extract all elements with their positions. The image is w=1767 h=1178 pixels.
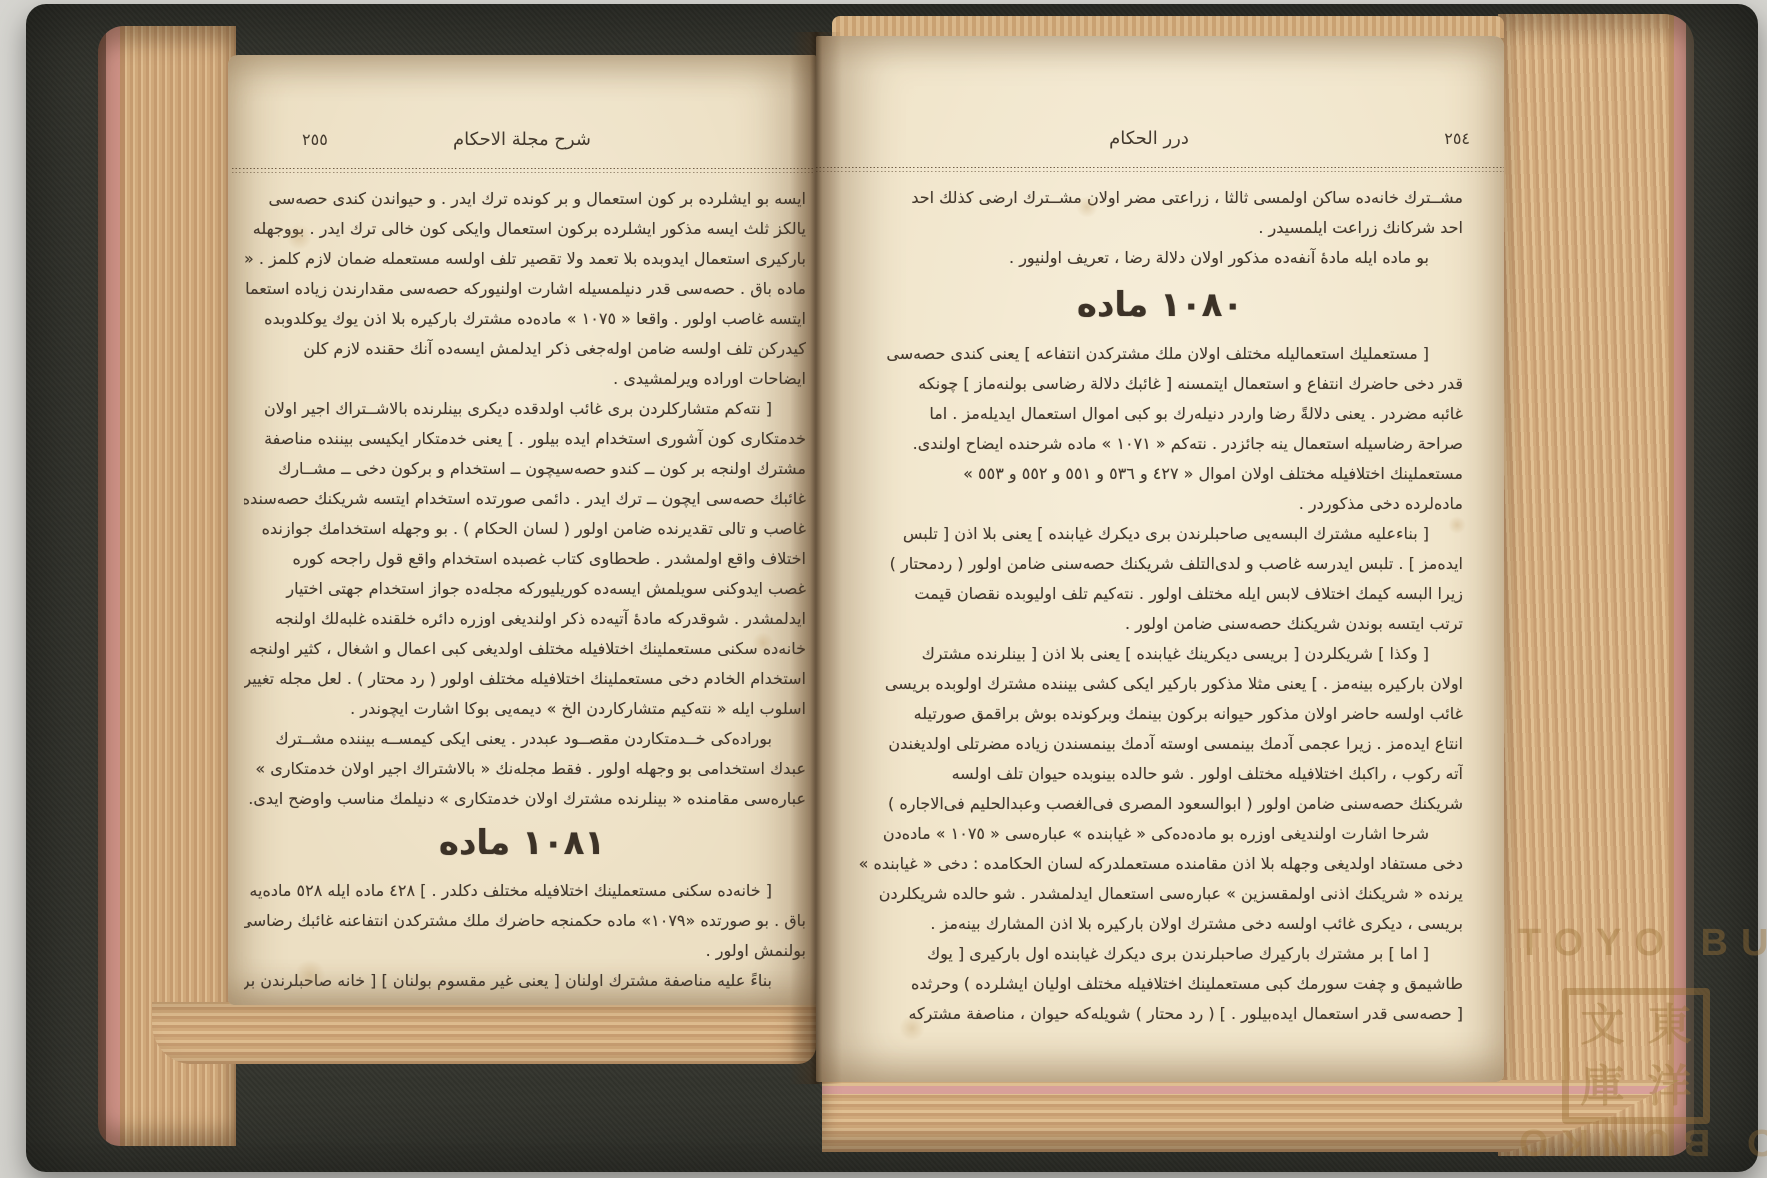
- text-line: مشترك اولنجه بر كون ــ كندو حصه‌سيچون ــ…: [244, 454, 806, 484]
- text-line: [ بناءعليه مشترك البسه‌يى صاحبلرندن برى …: [833, 519, 1463, 549]
- text-line: غصب ايدوكنى سويلمش ايسه‌ده كوريليوركه مج…: [244, 574, 806, 604]
- text-line: شريكنك حصه‌سنى ضامن اولور ( ابوالسعود ال…: [833, 789, 1463, 819]
- text-line: باركيرى استعمال ايدوبده بلا تعمد ولا تقص…: [244, 244, 806, 274]
- left-page: ٢٥٥ شرح مجلة الاحكام ايسه بو ايشلرده بر …: [228, 55, 816, 1005]
- page-edge-stack-right: [1498, 14, 1694, 1156]
- text-line: استخدام الخادم دخى مستعملينك اختلافيله م…: [244, 664, 806, 694]
- right-page-header: ٢٥٤ درر الحكام: [834, 128, 1464, 154]
- text-line: آته ركوب ، راكبك اختلافيله مختلف اولور .…: [833, 759, 1463, 789]
- text-line: مشــترك خانه‌ده ساكن اولمسى ثالثا ، زراع…: [833, 183, 1463, 213]
- text-line: ايدلمشدر . شوقدركه مادهٔ آتيه‌ده ذكر اول…: [244, 604, 806, 634]
- text-line: ايده‌مز ] . تلبس ايدرسه غاصب و لدى‌التلف…: [833, 549, 1463, 579]
- text-line: غائبه مضردر . يعنى دلالةً رضا واردر دنيل…: [833, 399, 1463, 429]
- book-photo: ٢٥٥ شرح مجلة الاحكام ايسه بو ايشلرده بر …: [0, 0, 1767, 1178]
- text-line: غاصب و تالى تقديرنده ضامن اولور ( لسان ا…: [244, 514, 806, 544]
- text-line: بو ماده ايله مادهٔ آنفه‌ده مذكور اولان د…: [833, 243, 1463, 273]
- text-line: عبدك استخدامى بو وجهله اولور . فقط مجله‌…: [244, 754, 806, 784]
- text-line: ايسه بو ايشلرده بر كون استعمال و بر كوند…: [244, 184, 806, 214]
- text-line: باق . بو صورتده «١٠٧٩» ماده حكمنجه حاضرك…: [244, 906, 806, 936]
- text-line: ايتسه غاصب اولور . واقعا « ١٠٧٥ » ماده‌د…: [244, 304, 806, 334]
- text-line: بولنمش اولور .: [244, 936, 806, 966]
- left-page-text-lower: [ خانه‌ده سكنى مستعملينك اختلافيله مختلف…: [244, 876, 806, 996]
- text-line: ماده باق . حصه‌سى قدر دنيلمسيله اشارت او…: [244, 274, 806, 304]
- text-line: مستعملينك اختلافيله مختلف اولان اموال « …: [833, 459, 1463, 489]
- article-heading-1081: ١٠٨١ ماده: [228, 820, 816, 866]
- text-line: بوراده‌كى خــدمتكاردن مقصــود عبددر . يع…: [244, 724, 806, 754]
- text-line: ماده‌لرده دخى مذكوردر .: [833, 489, 1463, 519]
- text-line: عباره‌سى مقامنده « بينلرنده مشترك اولان …: [244, 784, 806, 814]
- right-page-number: ٢٥٤: [1444, 129, 1470, 148]
- left-running-title: شرح مجلة الاحكام: [453, 129, 591, 150]
- page-edge-stack-top: [832, 16, 1504, 38]
- text-line: [ مستعمليك استعماليله مختلف اولان ملك مش…: [833, 339, 1463, 369]
- text-line: ايضاحات اوراده ويرلمشيدى .: [244, 364, 806, 394]
- page-edge-stack-left: [98, 26, 236, 1146]
- text-line: غائبك حصه‌سى ايچون ــ ترك ايدر . دائمى ص…: [244, 484, 806, 514]
- header-rule: [816, 167, 1504, 173]
- text-line: ترتب ايتسه بوندن شريكنك حصه‌سنى ضامن اول…: [833, 609, 1463, 639]
- right-page-text-lower: [ مستعمليك استعماليله مختلف اولان ملك مش…: [833, 339, 1463, 1029]
- text-line: يرنده « شريكنك اذنى اولمقسزين » عباره‌سى…: [833, 879, 1463, 909]
- text-line: شرحا اشارت اولنديغى اوزره بو ماده‌ده‌كى …: [833, 819, 1463, 849]
- text-line: قدر دخى حاضرك انتفاع و استعمال ايتمسنه […: [833, 369, 1463, 399]
- article-heading-1080: ١٠٨٠ ماده: [816, 281, 1504, 329]
- text-line: اسلوب ايله « نته‌كيم متشاركاردن الخ » دي…: [244, 694, 806, 724]
- text-line: [ خانه‌ده سكنى مستعملينك اختلافيله مختلف…: [244, 876, 806, 906]
- text-line: اولان باركيره بينه‌مز . ] يعنى مثلا مذكو…: [833, 669, 1463, 699]
- text-line: احد شركانك زراعت ايلمسيدر .: [833, 213, 1463, 243]
- left-page-header: ٢٥٥ شرح مجلة الاحكام: [244, 129, 800, 155]
- text-line: زيرا البسه كيمك اختلاف لابس ايله مختلف ا…: [833, 579, 1463, 609]
- text-line: خانه‌ده سكنى مستعملينك اختلافيله مختلف ا…: [244, 634, 806, 664]
- text-line: [ اما ] بر مشترك باركيرك صاحبلرندن برى د…: [833, 939, 1463, 969]
- text-line: [ وكذا ] شريكلردن [ بريسى ديكرينك غيابند…: [833, 639, 1463, 669]
- text-line: غائب اولسه حاضر اولان مذكور حيوانه بركون…: [833, 699, 1463, 729]
- text-line: خدمتكارى كون آشورى استخدام ايده بيلور . …: [244, 424, 806, 454]
- text-line: انتاع ايده‌مز . زيرا عجمى آدمك بينمسى او…: [833, 729, 1463, 759]
- text-line: بناءً عليه مناصفة مشترك اولنان [ يعنى غي…: [244, 966, 806, 996]
- left-page-text-upper: ايسه بو ايشلرده بر كون استعمال و بر كوند…: [244, 184, 806, 814]
- text-line: [ نته‌كم متشاركلردن برى غائب اولدقده ديك…: [244, 394, 806, 424]
- text-line: كيدركن تلف اولسه ضامن اوله‌جغى ذكر ايدلم…: [244, 334, 806, 364]
- right-page: ٢٥٤ درر الحكام مشــترك خانه‌ده ساكن اولم…: [816, 36, 1504, 1082]
- text-line: طاشيمق و چفت سورمك كبى مستعملينك اختلافي…: [833, 969, 1463, 999]
- text-line: اختلاف واقع اولمشدر . طحطاوى كتاب غصبده …: [244, 544, 806, 574]
- text-line: [ حصه‌سى قدر استعمال ايده‌بيلور . ] ( رد…: [833, 999, 1463, 1029]
- text-line: صراحة رضاسيله استعمال ينه جائزدر . نته‌ك…: [833, 429, 1463, 459]
- header-rule: [232, 168, 814, 174]
- right-running-title: درر الحكام: [1109, 128, 1189, 149]
- left-page-number: ٢٥٥: [302, 130, 328, 149]
- text-line: يالكز ثلث ايسه مذكور ايشلرده بركون استعم…: [244, 214, 806, 244]
- right-page-text-upper: مشــترك خانه‌ده ساكن اولمسى ثالثا ، زراع…: [833, 183, 1463, 273]
- text-line: بريسى ، ديكرى غائب اولسه دخى مشترك اولان…: [833, 909, 1463, 939]
- text-line: دخى مستفاد اولديغى وجهله بلا اذن مقامنده…: [833, 849, 1463, 879]
- book-gutter-shadow: [790, 32, 842, 1084]
